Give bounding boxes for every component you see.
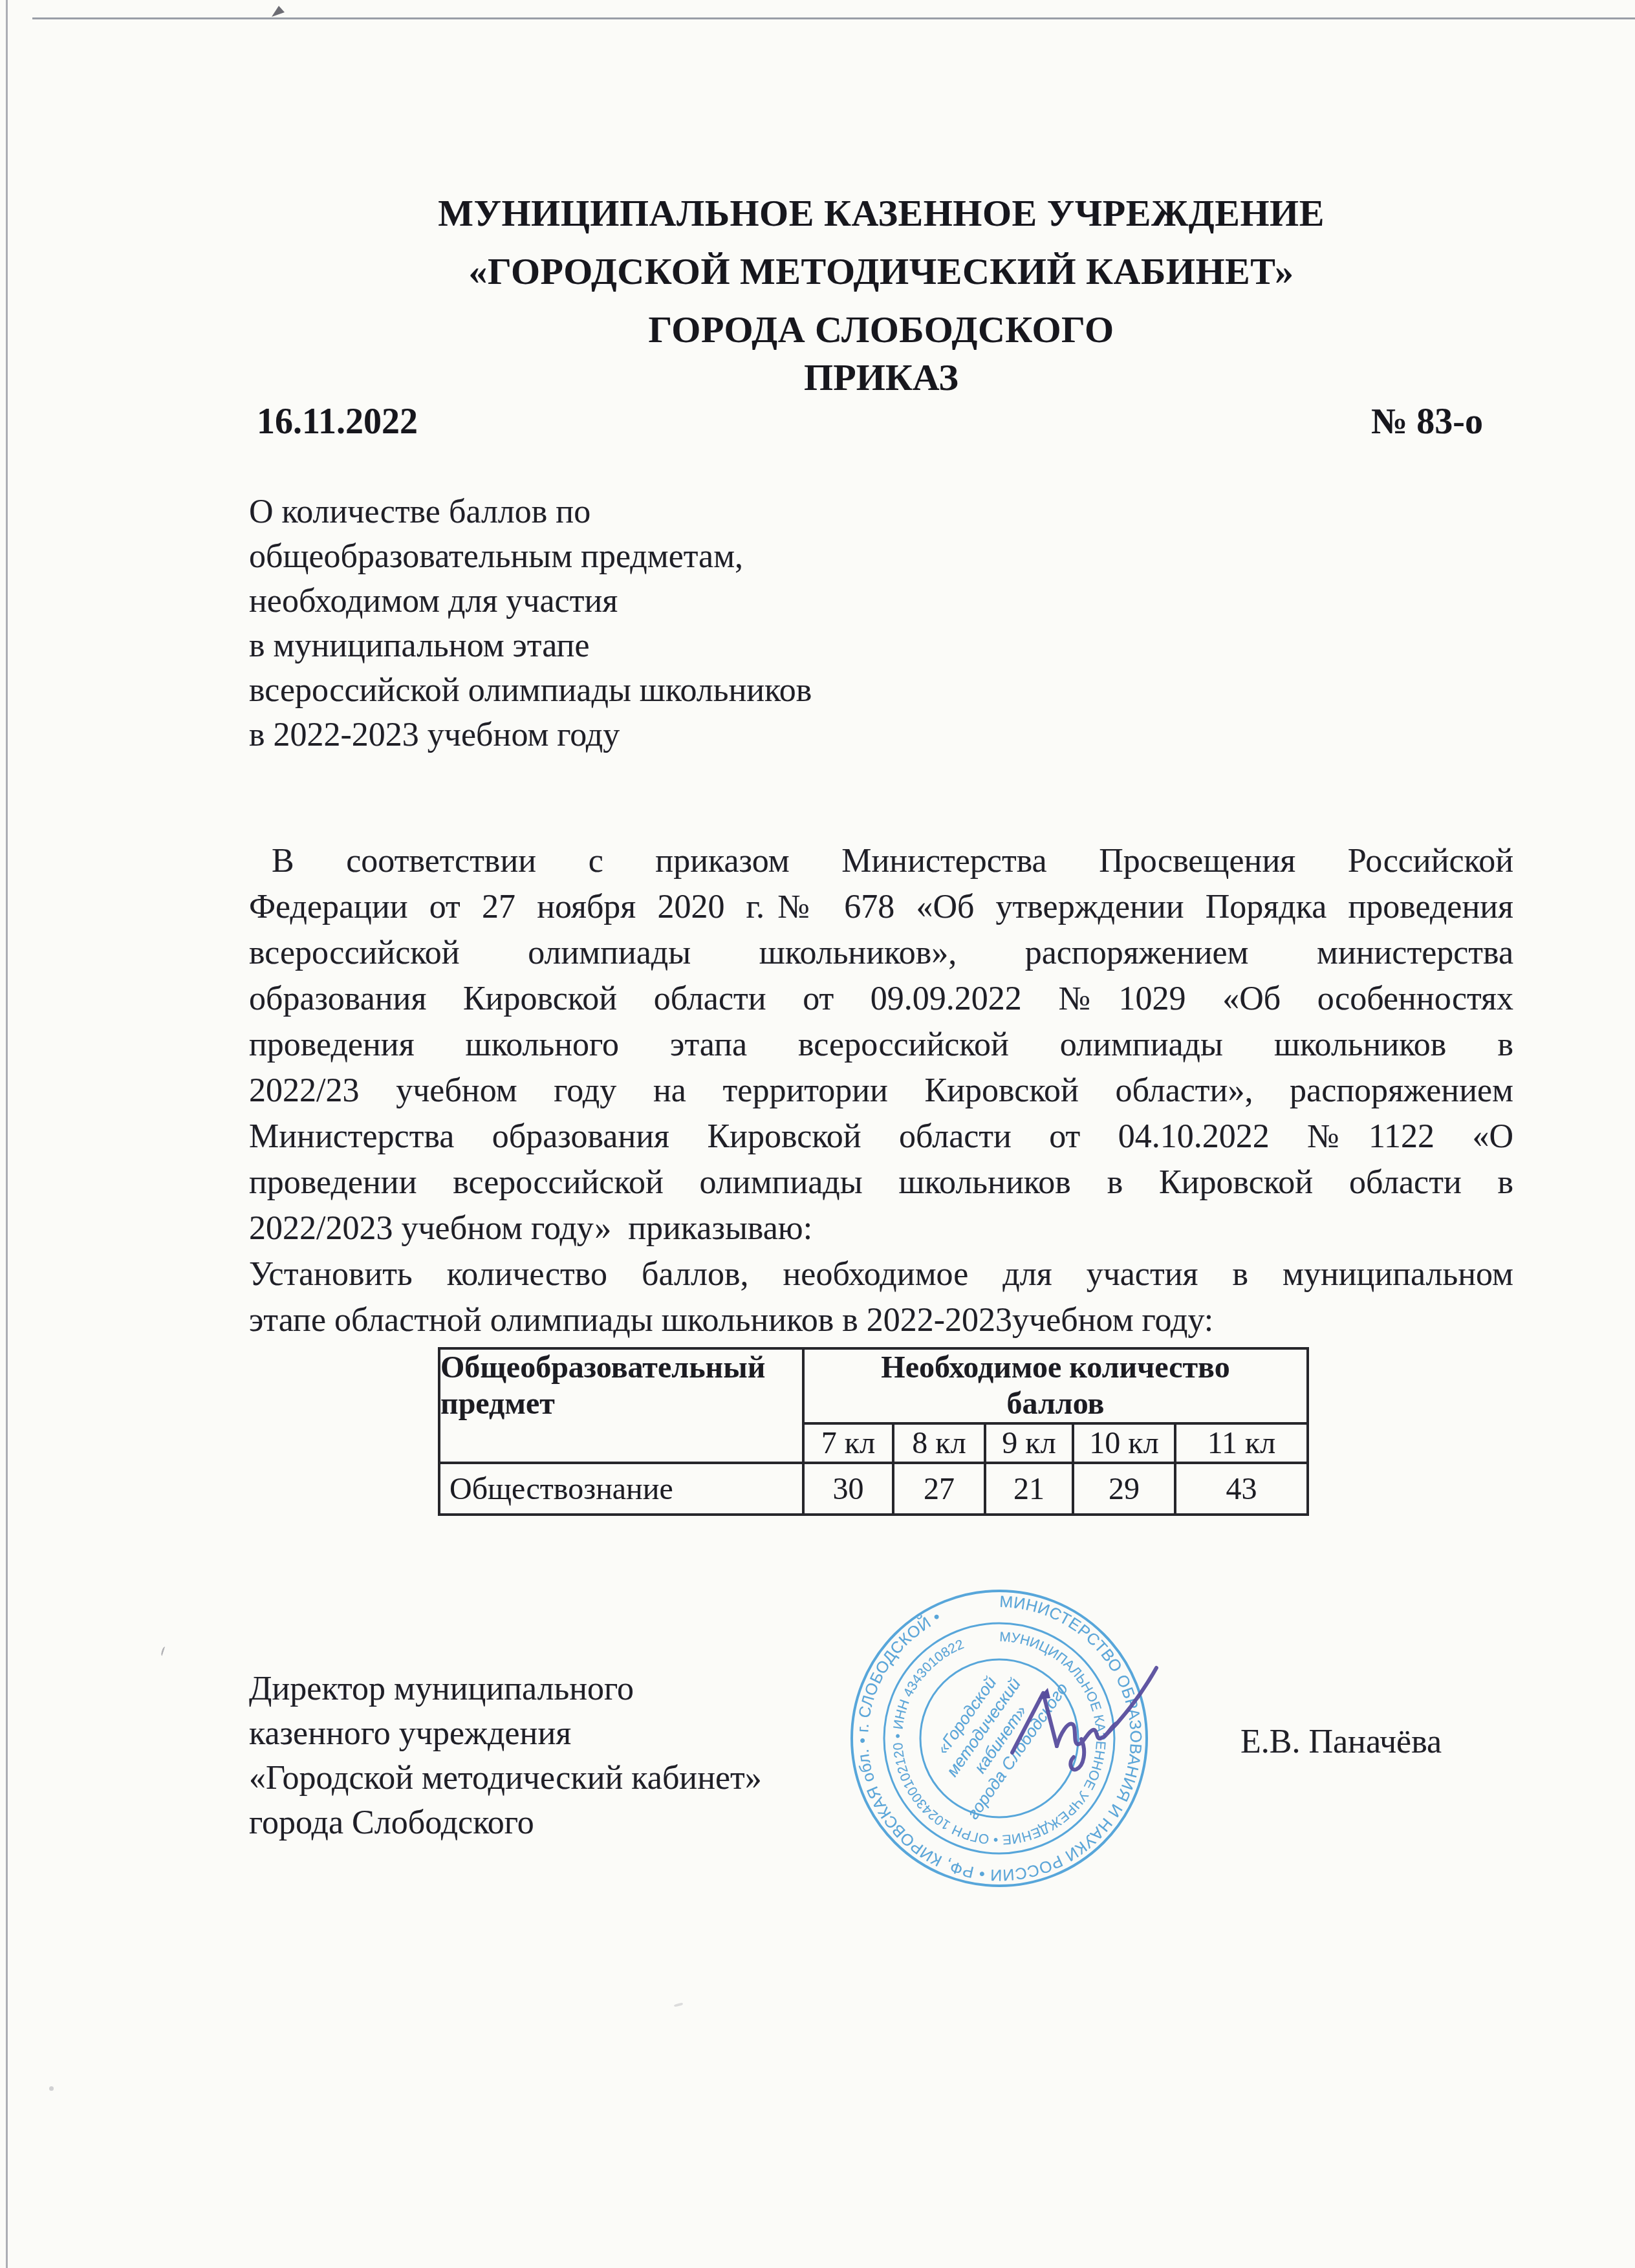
body-line: Установить количество баллов, необходимо… [249,1251,1513,1297]
subject-line: в муниципальном этапе [249,623,1513,668]
table-class-header-9: 9 кл [985,1423,1073,1463]
body-line: этапе областной олимпиады школьников в 2… [249,1297,1513,1343]
table-score-cell-10: 29 [1073,1463,1175,1515]
subject-line: всероссийской олимпиады школьников [249,668,1513,713]
table-subject-cell: Обществознание [439,1463,803,1515]
doc-body: В соответствии с приказом Министерства П… [249,838,1513,1343]
body-line: Федерации от 27 ноября 2020 г.№ 678 «Об … [249,884,1513,930]
table-class-header-8: 8 кл [893,1423,985,1463]
scan-speck [49,2086,54,2091]
subject-line: необходимом для участия [249,579,1513,623]
body-line: проведении всероссийской олимпиады школь… [249,1160,1513,1205]
table-score-cell-8: 27 [893,1463,985,1515]
doc-subject: О количестве баллов по общеобразовательн… [249,490,1513,757]
body-line: Министерства образования Кировской облас… [249,1114,1513,1160]
table-class-header-7: 7 кл [803,1423,893,1463]
table-score-cell-11: 43 [1175,1463,1308,1515]
table-class-header-11: 11 кл [1175,1423,1308,1463]
stamp-center-text: «Городской методический кабинет» города … [912,1643,1072,1822]
subject-line: в 2022-2023 учебном году [249,713,1513,757]
scan-artifact-mark [270,4,288,21]
subject-line: общеобразовательным предметам, [249,534,1513,579]
body-line: проведения школьного этапа всероссийской… [249,1022,1513,1068]
doc-number: № 83-о [1371,401,1483,442]
body-line: образования Кировской области от 09.09.2… [249,976,1513,1022]
org-name-line-2: «ГОРОДСКОЙ МЕТОДИЧЕСКИЙ КАБИНЕТ» [249,243,1513,301]
table-group-header-text: Необходимое количество баллов [855,1350,1256,1422]
official-stamp: МИНИСТЕРСТВО ОБРАЗОВАНИЯ И НАУКИ РОССИИ … [847,1586,1209,1890]
table-score-cell-9: 21 [985,1463,1073,1515]
table-subject-column-header: Общеобразовательный предмет [439,1348,803,1463]
doc-type-title: ПРИКАЗ [249,356,1513,399]
scan-speck [160,1646,167,1656]
scan-edge-left-line [6,0,8,2268]
scores-table: Общеобразовательный предмет Необходимое … [438,1347,1309,1516]
table-score-cell-7: 30 [803,1463,893,1515]
org-header: МУНИЦИПАЛЬНОЕ КАЗЕННОЕ УЧРЕЖДЕНИЕ «ГОРОД… [249,184,1513,359]
body-line: В соответствии с приказом Министерства П… [249,838,1513,884]
org-name-line-3: ГОРОДА СЛОБОДСКОГО [249,301,1513,359]
signatory-name: Е.В. Паначёва [1240,1723,1442,1761]
table-row: Обществознание 30 27 21 29 43 [439,1463,1308,1515]
subject-line: О количестве баллов по [249,490,1513,534]
table-class-header-10: 10 кл [1073,1423,1175,1463]
body-line: 2022/23 учебном году на территории Киров… [249,1068,1513,1114]
body-line: всероссийской олимпиады школьников», рас… [249,930,1513,976]
org-name-line-1: МУНИЦИПАЛЬНОЕ КАЗЕННОЕ УЧРЕЖДЕНИЕ [249,184,1513,243]
table-group-header: Необходимое количество баллов [803,1348,1308,1423]
doc-date: 16.11.2022 [257,401,418,442]
scan-speck [674,2002,684,2007]
body-line: 2022/2023 учебном году» приказываю: [249,1205,1513,1251]
scanned-order-page: МУНИЦИПАЛЬНОЕ КАЗЕННОЕ УЧРЕЖДЕНИЕ «ГОРОД… [0,0,1635,2268]
